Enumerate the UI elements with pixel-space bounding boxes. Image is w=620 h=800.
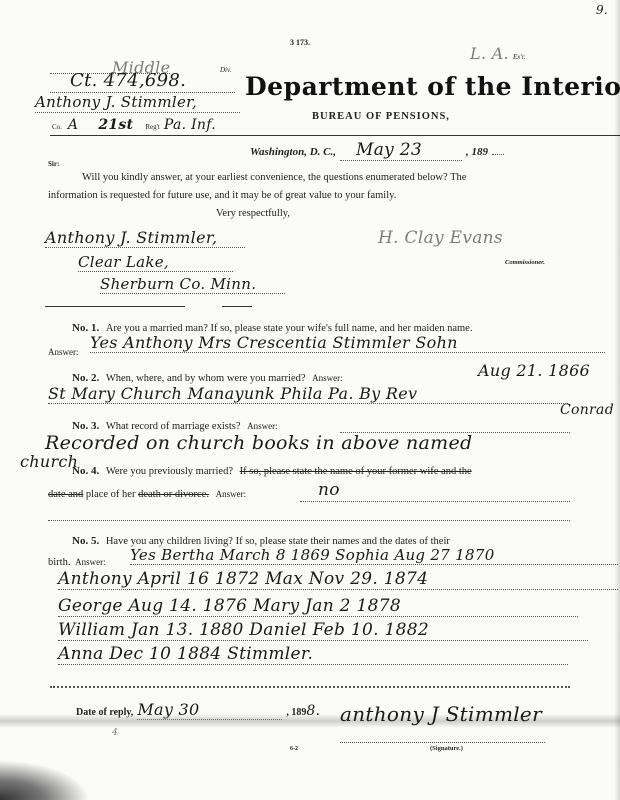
- question-2-answer-line-2: Conrad: [560, 402, 614, 418]
- salutation: Sir:: [48, 160, 59, 168]
- children-line-5: Anna Dec 10 1884 Stimmler.: [58, 644, 568, 665]
- question-3-answer-line-2: church: [20, 452, 78, 471]
- question-3-answer-label: Answer:: [247, 421, 278, 431]
- addressee-name: Anthony J. Stimmler,: [45, 228, 245, 248]
- question-1-answer-label: Answer:: [48, 347, 79, 357]
- form-number: 3 173.: [290, 38, 310, 47]
- question-3-number: No. 3.: [72, 420, 99, 432]
- question-2-number: No. 2.: [72, 372, 99, 384]
- regiment-unit: Pa. Inf.: [164, 117, 216, 133]
- examiner-label: Ex'r.: [513, 53, 526, 61]
- question-4-answer-label: Answer:: [216, 489, 247, 499]
- children-line-1: Yes Bertha March 8 1869 Sophia Aug 27 18…: [130, 546, 618, 565]
- question-2-text: When, where, and by whom were you marrie…: [106, 373, 306, 384]
- intro-line-2: information is requested for future use,…: [48, 190, 396, 201]
- letter-date: May 23: [340, 140, 462, 161]
- reply-signature: anthony J Stimmler: [340, 702, 542, 726]
- claim-number: Ct. 474,698.: [70, 70, 186, 91]
- intro-line-1: Will you kindly answer, at your earliest…: [82, 172, 466, 183]
- stray-mark: 4: [112, 728, 118, 738]
- examiner-initials: L. A.: [470, 44, 509, 63]
- closing: Very respectfully,: [216, 208, 290, 219]
- regiment-label: Reg't: [145, 123, 159, 131]
- question-4-struck-date: date and: [48, 489, 83, 500]
- question-4-struck-death: death or divorce.: [138, 489, 209, 500]
- question-2-answer-date: Aug 21. 1866: [478, 361, 590, 380]
- addressee-county-state: Sherburn Co. Minn.: [100, 275, 285, 294]
- year-label: , 189: [466, 146, 488, 158]
- question-4-text: Were you previously married?: [106, 466, 233, 477]
- question-2-answer-label: Answer:: [312, 373, 343, 383]
- question-5-number: No. 5.: [72, 535, 99, 547]
- claimant-name: Anthony J. Stimmler,: [35, 93, 197, 111]
- question-3: No. 3. What record of marriage exists? A…: [72, 420, 278, 432]
- scan-corner-artifact: [0, 760, 90, 800]
- question-3-answer-line-1: Recorded on church books in above named: [45, 432, 472, 454]
- commissioner-signature: H. Clay Evans: [378, 228, 503, 248]
- question-5-answer-label: Answer:: [75, 557, 106, 567]
- bureau-name: BUREAU OF PENSIONS,: [312, 111, 450, 122]
- page-number-mark: 9.: [596, 3, 608, 17]
- place-date-line: Washington, D. C., May 23 , 189: [250, 140, 504, 161]
- question-4-number: No. 4.: [72, 465, 99, 477]
- footer-code: 6-2: [290, 746, 298, 752]
- question-4-text-2: place of her: [86, 489, 136, 500]
- question-4-line-2: date and place of her death or divorce. …: [48, 489, 246, 500]
- children-line-4: William Jan 13. 1880 Daniel Feb 10. 1882: [58, 620, 588, 641]
- company-value: A: [68, 117, 78, 133]
- department-title: Department of the Interior,: [245, 72, 620, 101]
- signature-label: (Signature.): [430, 745, 463, 752]
- question-1-answer: Yes Anthony Mrs Crescentia Stimmler Sohn: [90, 333, 605, 353]
- place-label: Washington, D. C.,: [250, 146, 336, 158]
- question-2: No. 2. When, where, and by whom were you…: [72, 372, 343, 384]
- company-regiment: Co. A 21st Reg't Pa. Inf.: [52, 116, 216, 134]
- addressee-town: Clear Lake,: [78, 253, 233, 272]
- children-line-3: George Aug 14. 1876 Mary Jan 2 1878: [58, 596, 578, 617]
- question-3-text: What record of marriage exists?: [106, 421, 241, 432]
- commissioner-label: Commissioner.: [505, 259, 545, 266]
- company-label: Co.: [52, 123, 62, 131]
- question-4-answer: no: [318, 480, 340, 500]
- question-5-line-2: birth. Answer:: [48, 557, 106, 568]
- regiment-number: 21st: [98, 117, 133, 133]
- division-label: Div.: [220, 66, 231, 74]
- question-4: No. 4. Were you previously married? If s…: [72, 465, 472, 477]
- examiner-block: L. A. Ex'r.: [470, 44, 526, 64]
- scan-edge: [614, 0, 620, 800]
- question-4-struck-text-1: If so, please state the name of your for…: [240, 466, 472, 477]
- question-5-text-2: birth.: [48, 557, 70, 568]
- children-line-2: Anthony April 16 1872 Max Nov 29. 1874: [58, 569, 618, 590]
- question-2-answer-line-1: St Mary Church Manayunk Phila Pa. By Rev: [48, 384, 568, 404]
